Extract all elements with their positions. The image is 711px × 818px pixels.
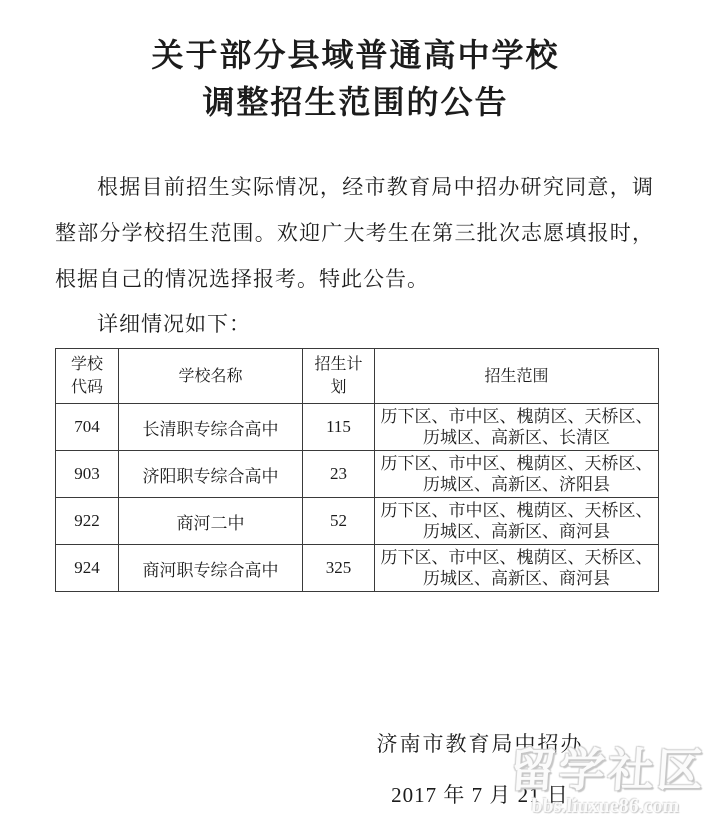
enrollment-scope: 历下区、市中区、槐荫区、天桥区、历城区、高新区、济阳县 (375, 451, 659, 498)
school-name: 长清职专综合高中 (119, 404, 303, 451)
enrollment-plan: 115 (303, 404, 375, 451)
watermark-url-text: bbs.liuxue86.com (507, 796, 704, 816)
school-name: 济阳职专综合高中 (119, 451, 303, 498)
enrollment-table-body: 704 长清职专综合高中 115 历下区、市中区、槐荫区、天桥区、历城区、高新区… (56, 404, 659, 592)
school-code: 924 (56, 545, 119, 592)
enrollment-plan: 325 (303, 545, 375, 592)
site-watermark: 留学社区 bbs.liuxue86.com (507, 748, 708, 816)
document-title-line2: 调整招生范围的公告 (202, 84, 508, 120)
enrollment-plan: 52 (303, 498, 375, 545)
detail-lead-line: 详细情况如下： (55, 304, 654, 344)
school-name: 商河职专综合高中 (119, 545, 303, 592)
table-header-row: 学校代码 学校名称 招生计划 招生范围 (56, 349, 659, 404)
document-body: 根据目前招生实际情况，经市教育局中招办研究同意，调整部分学校招生范围。欢迎广大考… (55, 164, 654, 344)
school-code: 922 (56, 498, 119, 545)
enrollment-scope: 历下区、市中区、槐荫区、天桥区、历城区、高新区、长清区 (375, 404, 659, 451)
watermark-logo-text: 留学社区 (508, 748, 707, 794)
enrollment-scope: 历下区、市中区、槐荫区、天桥区、历城区、高新区、商河县 (375, 498, 659, 545)
enrollment-table-header: 学校代码 学校名称 招生计划 招生范围 (56, 349, 659, 404)
document-title-line1: 关于部分县域普通高中学校 (151, 37, 559, 73)
enrollment-plan: 23 (303, 451, 375, 498)
enrollment-scope: 历下区、市中区、槐荫区、天桥区、历城区、高新区、商河县 (375, 545, 659, 592)
table-row: 704 长清职专综合高中 115 历下区、市中区、槐荫区、天桥区、历城区、高新区… (56, 404, 659, 451)
intro-paragraph: 根据目前招生实际情况，经市教育局中招办研究同意，调整部分学校招生范围。欢迎广大考… (55, 164, 654, 302)
enrollment-table: 学校代码 学校名称 招生计划 招生范围 704 长清职专综合高中 115 历下区… (55, 348, 659, 592)
document-title: 关于部分县域普通高中学校 调整招生范围的公告 (0, 0, 711, 126)
table-row: 922 商河二中 52 历下区、市中区、槐荫区、天桥区、历城区、高新区、商河县 (56, 498, 659, 545)
school-code: 903 (56, 451, 119, 498)
school-code: 704 (56, 404, 119, 451)
header-enrollment-plan: 招生计划 (303, 349, 375, 404)
header-school-name: 学校名称 (119, 349, 303, 404)
header-school-code: 学校代码 (56, 349, 119, 404)
table-row: 903 济阳职专综合高中 23 历下区、市中区、槐荫区、天桥区、历城区、高新区、… (56, 451, 659, 498)
announcement-document: 关于部分县域普通高中学校 调整招生范围的公告 根据目前招生实际情况，经市教育局中… (0, 0, 711, 818)
header-enrollment-scope: 招生范围 (375, 349, 659, 404)
table-row: 924 商河职专综合高中 325 历下区、市中区、槐荫区、天桥区、历城区、高新区… (56, 545, 659, 592)
school-name: 商河二中 (119, 498, 303, 545)
